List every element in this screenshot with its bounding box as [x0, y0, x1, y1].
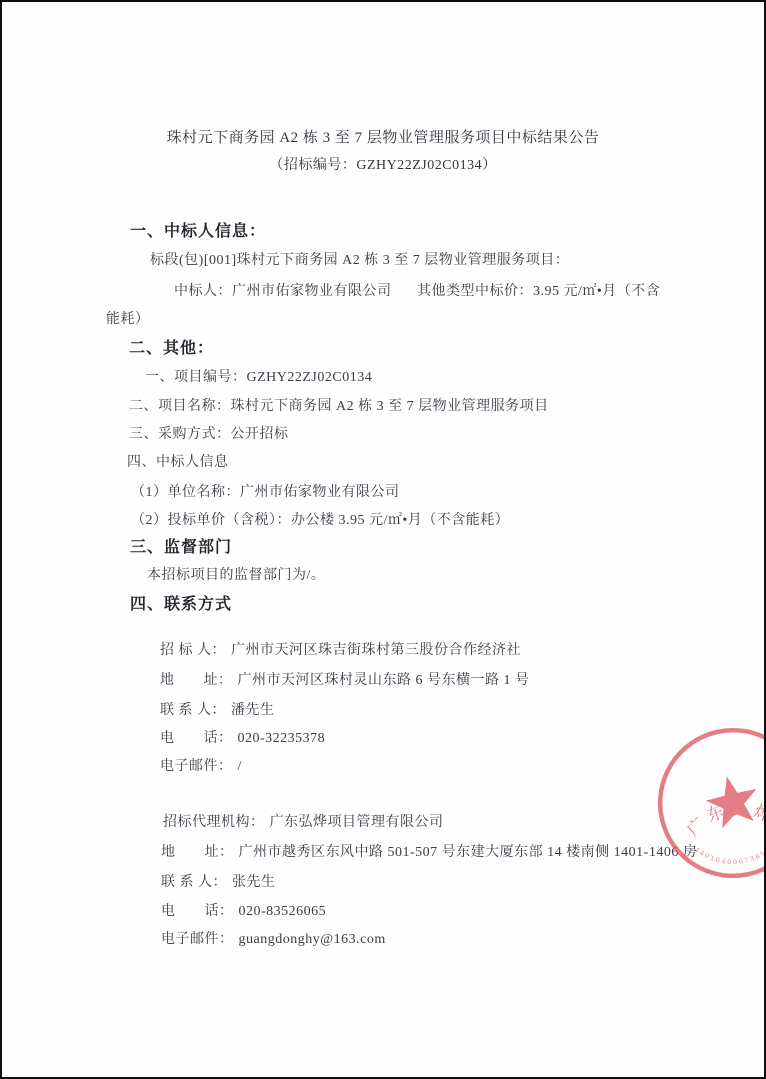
- winner-line: 中标人：广州市佑家物业有限公司: [174, 284, 392, 300]
- tenderer-name-label: 招 标 人：: [160, 643, 226, 658]
- supervision-body: 本招标项目的监督部门为/。: [147, 568, 325, 584]
- project-number-line: 一、项目编号：GZHY22ZJ02C0134: [145, 370, 372, 386]
- section3-heading: 三、监督部门: [130, 539, 232, 557]
- project-name-line: 二、项目名称：珠村元下商务园 A2 栋 3 至 7 层物业管理服务项目: [129, 399, 549, 415]
- tenderer-email-value: /: [238, 759, 242, 774]
- agency-email-line: 电子邮件：guangdonghy@163.com: [145, 916, 386, 964]
- section1-heading: 一、中标人信息：: [130, 223, 266, 241]
- document-title: 珠村元下商务园 A2 栋 3 至 7 层物业管理服务项目中标结果公告: [2, 130, 764, 147]
- tenderer-phone-value: 020-32235378: [238, 731, 326, 746]
- scanned-document-page: 珠村元下商务园 A2 栋 3 至 7 层物业管理服务项目中标结果公告 （招标编号…: [0, 0, 766, 1079]
- tenderer-address-label: 地 址：: [160, 673, 233, 688]
- bid-price-line: （2）投标单价（含税）：办公楼 3.95 元/㎡•月（不含能耗）: [131, 513, 509, 529]
- winner-price-line: 其他类型中标价：3.95 元/㎡•月（不含: [417, 284, 660, 300]
- unit-name-line: （1）单位名称：广州市佑家物业有限公司: [131, 485, 400, 501]
- seal-ring-text: 广东弘烨项目管理有限公司: [669, 784, 766, 917]
- agency-email-label: 电子邮件：: [161, 932, 234, 947]
- tenderer-name-value: 广州市天河区珠吉街珠村第三股份合作经济社: [231, 643, 521, 658]
- tenderer-email-label: 电子邮件：: [160, 759, 233, 774]
- section2-heading: 二、其他：: [129, 340, 214, 358]
- section4-heading: 四、联系方式: [130, 596, 232, 614]
- seal-ring-textpath: 广东弘烨项目管理有限公司: [669, 784, 766, 917]
- agency-address-label: 地 址：: [161, 845, 234, 860]
- procurement-method-line: 三、采购方式：公开招标: [129, 427, 289, 443]
- agency-email-value: guangdonghy@163.com: [239, 932, 386, 947]
- agency-address-value: 广州市越秀区东风中路 501-507 号东建大厦东部 14 楼南侧 1401-1…: [239, 845, 698, 860]
- agency-name-value: 广东弘烨项目管理有限公司: [270, 815, 444, 830]
- tenderer-address-value: 广州市天河区珠村灵山东路 6 号东横一路 1 号: [238, 673, 530, 688]
- company-seal-stamp: 广东弘烨项目管理有限公司 4401040067385: [619, 689, 766, 917]
- agency-name-label: 招标代理机构：: [163, 815, 265, 830]
- winner-price-wrap-line: 能耗）: [106, 312, 150, 328]
- lot-line: 标段(包)[001]珠村元下商务园 A2 栋 3 至 7 层物业管理服务项目：: [150, 253, 569, 269]
- tenderer-email-line: 电子邮件：/: [144, 743, 242, 791]
- winner-info-subheading: 四、中标人信息: [127, 455, 229, 471]
- document-subtitle: （招标编号：GZHY22ZJ02C0134）: [2, 158, 764, 174]
